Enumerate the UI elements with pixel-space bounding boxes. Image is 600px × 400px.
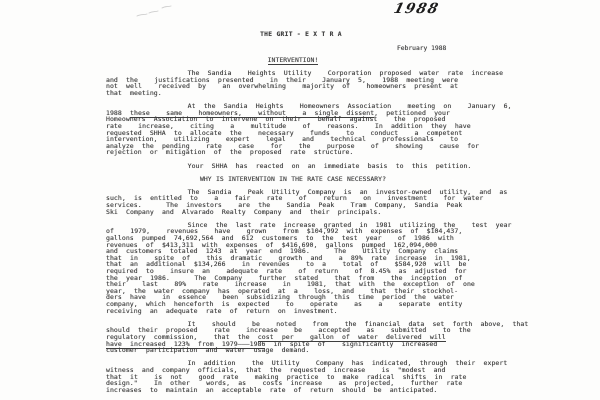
text-line: that meeting. <box>106 90 480 97</box>
paragraph: Your SHHA has reacted on an immediate ba… <box>106 163 480 170</box>
text-line: rejection or mitigation of the proposed … <box>106 149 480 156</box>
paragraph: It should be noted from the financial da… <box>106 321 480 354</box>
paragraph: In addition the Utility Company has indi… <box>106 360 480 393</box>
document-page: 1988 THE GRIT - E X T R A February 1988 … <box>0 0 600 400</box>
text-line: WHY IS INTERVENTION IN THE RATE CASE NEC… <box>106 176 480 183</box>
handwritten-year: 1988 <box>392 1 441 17</box>
section-heading: WHY IS INTERVENTION IN THE RATE CASE NEC… <box>106 176 480 183</box>
text-line: receiving an adequate rate of return on … <box>106 308 480 315</box>
underlined-phrase: INTERVENTION! <box>268 56 319 65</box>
text-line: increases to maintain an acceptable rate… <box>106 387 480 394</box>
paragraph: At the Sandia Heights Homeowners Associa… <box>106 103 480 156</box>
section-heading: INTERVENTION! <box>106 57 480 64</box>
paragraph: The Sandia Heights Utility Corporation p… <box>106 70 480 96</box>
text-line: Ski Company and Alvarado Realty Company … <box>106 209 480 216</box>
text-line: not well received by an overwhelming maj… <box>106 83 480 90</box>
pencil-mark-icon <box>136 4 174 20</box>
document-body: INTERVENTION! The Sandia Heights Utility… <box>106 57 480 400</box>
paragraph: The Sandia Peak Utility Company is an in… <box>106 189 480 215</box>
issue-date: February 1988 <box>397 45 446 52</box>
masthead-title: THE GRIT - E X T R A <box>106 31 496 38</box>
text-line: INTERVENTION! <box>106 57 480 64</box>
text-line: customer participation and water usage d… <box>106 347 480 354</box>
text-line: Your SHHA has reacted on an immediate ba… <box>106 163 480 170</box>
paragraph: Since the last rate increase granted in … <box>106 222 480 314</box>
